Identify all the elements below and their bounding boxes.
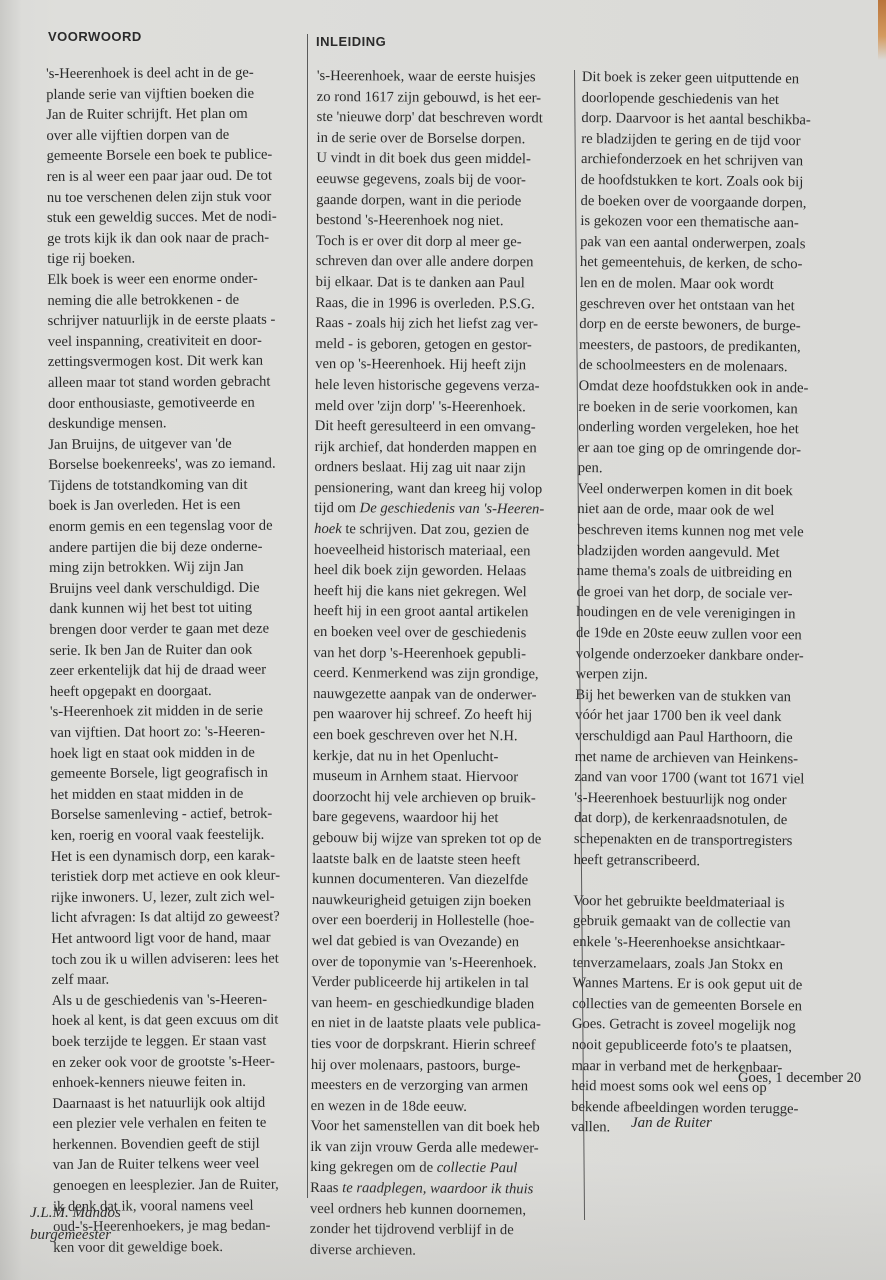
text-line: veel inspanning, creativiteit en door- (48, 330, 278, 352)
text-line: Voor het gebruikte beeldmateriaal is (573, 891, 803, 914)
text-line: door enthousiaste, gemotiveerde en (48, 392, 278, 414)
text-line: teristiek dorp met actieve en ook kleur- (51, 866, 281, 888)
text-line: de hoofdstukken te kort. Zoals ook bij (581, 170, 811, 193)
text-line: laatste balk en de laatste steen heeft (312, 849, 542, 871)
text-line: ties voor de dorpskrant. Hierin schreef (311, 1034, 541, 1056)
text-line: de boeken over de voorgaande dorpen, (580, 191, 810, 214)
inleiding-text: 's-Heerenhoek, waar de eerste huisjeszo … (310, 66, 547, 1262)
text-line: rijke inwoners. U, lezer, zult zich wel- (51, 886, 281, 908)
text-line: niet aan de orde, maar ook de wel (577, 499, 807, 522)
text-line: 's-Heerenhoek bestuurlijk nog onder (574, 788, 804, 811)
text-line: meesters, de pastoors, de predikanten, (579, 335, 809, 358)
text-line: Daarnaast is het natuurlijk ook altijd (52, 1092, 282, 1114)
text-line: Raas, die in 1996 is overleden. P.S.G. (315, 293, 545, 315)
text-line: Dit boek is zeker geen uitputtende en (582, 67, 812, 90)
text-line: van vijftien. Dat hoort zo: 's-Heeren- (50, 722, 280, 744)
text-line: gebruik gemaakt van de collectie van (573, 911, 803, 934)
text-line: hoeveelheid historisch materiaal, een (314, 540, 544, 562)
text-line: hele leven historische gegevens verza- (315, 375, 545, 397)
text-line: de 19de en 20ste eeuw zullen voor een (576, 623, 806, 646)
text-line: ven op 's-Heerenhoek. Hij heeft zijn (315, 354, 545, 376)
text-line: een boek geschreven over het N.H. (313, 725, 543, 747)
text-line: Bruijns veel dank verschuldigd. Die (49, 577, 279, 599)
text-line: 's-Heerenhoek zit midden in de serie (50, 701, 280, 723)
text-line: andere partijen die bij deze onderne- (49, 536, 279, 558)
text-line: re boeken in de serie voorkomen, kan (578, 396, 808, 419)
text-line: is gekozen voor een thematische aan- (580, 211, 810, 234)
text-line: Als u de geschiedenis van 's-Heeren- (52, 989, 282, 1011)
text-line: hoek al kent, is dat geen excuus om dit (52, 1010, 282, 1032)
text-line: Jan Bruijns, de uitgever van 'de (48, 433, 278, 455)
text-line: houdingen en de vele verenigingen in (576, 602, 806, 625)
text-line: zelf maar. (52, 969, 282, 991)
text-line: hoek ligt en staat ook midden in de (50, 742, 280, 764)
text-line: deskundige mensen. (48, 413, 278, 435)
text-line: ik van zijn vrouw Gerda alle medewer- (310, 1137, 540, 1159)
text-line: zettingsvermogen kost. Dit werk kan (48, 351, 278, 373)
text-line: Het is een dynamisch dorp, een karak- (51, 845, 281, 867)
text-line: dorp. Daarvoor is het aantal beschikba- (581, 108, 811, 131)
text-line: stuk een geweldig succes. Met de nodi- (47, 207, 277, 229)
voorwoord-heading: VOORWOORD (48, 29, 142, 44)
text-line: werpen zijn. (576, 664, 806, 687)
text-line: tenverzamelaars, zoals Jan Stokx en (573, 952, 803, 975)
text-line: meld over 'zijn dorp' 's-Heerenhoek. (315, 395, 545, 417)
text-line: alleen maar tot stand worden gebracht (48, 371, 278, 393)
text-line: archiefonderzoek en het schrijven van (581, 149, 811, 172)
text-line: nu toe verschenen delen zijn stuk voor (47, 186, 277, 208)
text-line: van het dorp 's-Heerenhoek gepubli- (313, 643, 543, 665)
text-line: name thema's zoals de uitbreiding en (577, 561, 807, 584)
text-line: tijd om De geschiedenis van 's-Heeren- (314, 498, 544, 520)
text-line: pen. (578, 458, 808, 481)
text-line: pensionering, want dan kreeg hij volop (314, 478, 544, 500)
text-line: heeft getranscribeerd. (574, 850, 804, 873)
text-line: beschreven items kunnen nog met vele (577, 520, 807, 543)
text-line: museum in Arnhem staat. Hiervoor (313, 766, 543, 788)
text-line: een plezier vele verhalen en feiten te (52, 1113, 282, 1135)
text-line: toch zou ik u willen adviseren: lees het (51, 948, 281, 970)
text-line: pak van een aantal onderwerpen, zoals (580, 232, 810, 255)
text-line: Borselse samenleving - actief, betrok- (51, 804, 281, 826)
inleiding-heading: INLEIDING (316, 34, 386, 49)
text-line: Dit heeft geresulteerd in een omvang- (315, 416, 545, 438)
text-line: Jan de Ruiter schrijft. Het plan om (46, 104, 276, 126)
text-line: U vindt in dit boek dus geen middel- (316, 148, 546, 170)
text-line: boek is Jan overleden. Het is een (49, 495, 279, 517)
text-line: heeft hij die kans niet gekregen. Wel (314, 581, 544, 603)
text-line: heel dik boek zijn geworden. Helaas (314, 560, 544, 582)
text-line: wel dat gebied is van Ovezande) en (312, 931, 542, 953)
text-line: plande serie van vijftien boeken die (46, 83, 276, 105)
text-line: bare gegevens, waardoor hij het (312, 807, 542, 829)
text-line: en niet in de laatste plaats vele public… (311, 1013, 541, 1035)
text-line: er aan toe ging op de omringende dor- (578, 438, 808, 461)
text-line: Veel onderwerpen komen in dit boek (577, 479, 807, 502)
text-line: Bij het bewerken van de stukken van (575, 685, 805, 708)
text-line: volgende onderzoeker dankbare onder- (576, 644, 806, 667)
text-line: hoek te schrijven. Dat zou, gezien de (314, 519, 544, 541)
text-line: de groei van het dorp, de sociale ver- (576, 582, 806, 605)
text-line: de schoolmeesters en de molenaars. (579, 355, 809, 378)
voorwoord-text: 's-Heerenhoek is deel acht in de ge-plan… (46, 63, 283, 1259)
text-line: verschuldigd aan Paul Harthoorn, die (575, 726, 805, 749)
text-line: zand van voor 1700 (want tot 1671 viel (574, 767, 804, 790)
text-line: kerkje, dat nu in het Openlucht- (313, 746, 543, 768)
text-line: Goes. Getracht is zoveel mogelijk nog (572, 1014, 802, 1037)
text-line: Toch is er over dit dorp al meer ge- (316, 231, 546, 253)
text-line: ming zijn betrokken. Wij zijn Jan (49, 557, 279, 579)
text-line: eeuwse gegevens, zoals bij de voor- (316, 169, 546, 191)
text-line: bladzijden worden aangevuld. Met (577, 541, 807, 564)
text-line: ren is al weer een paar jaar oud. De tot (47, 166, 277, 188)
text-line: over de toponymie van 's-Heerenhoek. (311, 952, 541, 974)
text-line: dat dorp), de kerkenraadsnotulen, de (574, 808, 804, 831)
text-line: herkennen. Bovendien geeft de stijl (53, 1133, 283, 1155)
text-line: enorm gemis en een tegenslag voor de (49, 516, 279, 538)
text-line: onderling worden vergeleken, hoe het (578, 417, 808, 440)
page-shadow (0, 1160, 886, 1280)
text-line: zeer erkentelijk dat hij de draad weer (50, 660, 280, 682)
text-line: heeft opgepakt en doorgaat. (50, 680, 280, 702)
text-line: Raas - zoals hij zich het liefst zag ver… (315, 313, 545, 335)
text-line: ste 'nieuwe dorp' dat beschreven wordt (317, 107, 547, 129)
text-line: nauwgezette aanpak van de onderwer- (313, 684, 543, 706)
text-line: Verder publiceerde hij artikelen in tal (311, 972, 541, 994)
text-line: pen waarover hij schreef. Zo heeft hij (313, 704, 543, 726)
text-line: en wezen in de 18de eeuw. (311, 1096, 541, 1118)
text-line: zo rond 1617 zijn gebouwd, is het eer- (317, 87, 547, 109)
text-line: over alle vijftien dorpen van de (46, 124, 276, 146)
text-line (573, 870, 803, 893)
text-line: rijk archief, dat honderden mappen en (315, 437, 545, 459)
text-line: 's-Heerenhoek, waar de eerste huisjes (317, 66, 547, 88)
text-line: Omdat deze hoofdstukken ook in ande- (579, 376, 809, 399)
text-line: re bladzijden te gering en de tijd voor (581, 129, 811, 152)
text-line: len en de molen. Maar ook wordt (580, 273, 810, 296)
text-line: het gemeentehuis, de kerken, de scho- (580, 252, 810, 275)
text-line: met name de archieven van Heinkens- (575, 747, 805, 770)
text-line: van heem- en geschiedkundige bladen (311, 993, 541, 1015)
text-line: kunnen documenteren. Van diezelfde (312, 869, 542, 891)
text-line: gemeente Borsele, ligt geografisch in (50, 763, 280, 785)
text-line: meesters en de verzorging van armen (311, 1075, 541, 1097)
text-line: Voor het samenstellen van dit boek heb (310, 1116, 540, 1138)
text-line: vóór het jaar 1700 ben ik veel dank (575, 705, 805, 728)
text-line: Tijdens de totstandkoming van dit (49, 474, 279, 496)
text-line: over een boerderij in Hollestelle (hoe- (312, 910, 542, 932)
text-line: het midden en staat midden in de (50, 783, 280, 805)
text-line: nooit gepubliceerde foto's te plaatsen, (572, 1035, 802, 1058)
text-line: gebouw bij wijze van spreken tot op de (312, 828, 542, 850)
text-line: gemeente Borsele een boek te publice- (47, 145, 277, 167)
text-line: licht afvragen: Is dat altijd zo geweest… (51, 907, 281, 929)
text-line: Borselse boekenreeks', was zo iemand. (48, 454, 278, 476)
text-line: Het antwoord ligt voor de hand, maar (51, 928, 281, 950)
text-line: schreven dan over alle andere dorpen (316, 251, 546, 273)
text-line: en zeker ook voor de grootste 's-Heer- (52, 1051, 282, 1073)
text-line: Wannes Martens. Er is ook geput uit de (572, 973, 802, 996)
text-line: dorp en de eerste bewoners, de burge- (579, 314, 809, 337)
text-line: schrijver natuurlijk in de eerste plaats… (48, 310, 278, 332)
text-line: meld - is geboren, getogen en gestor- (315, 334, 545, 356)
text-line: brengen door verder te gaan met deze (49, 619, 279, 641)
text-line: dank kunnen wij het best tot uiting (49, 598, 279, 620)
text-line: nauwkeurigheid getuigen zijn boeken (312, 890, 542, 912)
text-line: 's-Heerenhoek is deel acht in de ge- (46, 63, 276, 85)
text-line: Elk boek is weer een enorme onder- (47, 269, 277, 291)
text-line: geschreven over het ontstaan van het (579, 294, 809, 317)
column3-text: Dit boek is zeker geen uitputtende endoo… (571, 67, 812, 1140)
text-line: doorlopende geschiedenis van het (582, 88, 812, 111)
text-line: bestond 's-Heerenhoek nog niet. (316, 210, 546, 232)
text-line: boek terzijde te leggen. Er staan vast (52, 1030, 282, 1052)
text-line: ken, roerig en vooral vaak feestelijk. (51, 825, 281, 847)
text-line: heeft hij in een groot aantal artikelen (314, 601, 544, 623)
text-line: bij elkaar. Dat is te danken aan Paul (316, 272, 546, 294)
text-line: ge trots kijk ik dan ook naar de prach- (47, 227, 277, 249)
text-line: tige rij boeken. (47, 248, 277, 270)
text-line: gaande dorpen, want in die periode (316, 190, 546, 212)
text-line: ordners beslaat. Hij zag uit naar zijn (314, 457, 544, 479)
text-line: neming die alle betrokkenen - de (47, 289, 277, 311)
column-divider-left (307, 34, 308, 1198)
text-line: enhoek-kenners nieuwe feiten in. (52, 1072, 282, 1094)
text-line: serie. Ik ben Jan de Ruiter dan ook (50, 639, 280, 661)
text-line: collecties van de gemeenten Borsele en (572, 994, 802, 1017)
text-line: in de serie over de Borselse dorpen. (316, 128, 546, 150)
text-line: doorzocht hij vele archieven op bruik- (312, 787, 542, 809)
text-line: hij over molenaars, pastoors, burge- (311, 1054, 541, 1076)
text-line: schepenakten en de transportregisters (574, 829, 804, 852)
table-edge (878, 0, 886, 60)
book-page: VOORWOORD 's-Heerenhoek is deel acht in … (0, 0, 886, 1280)
date-line: Goes, 1 december 20 (738, 1070, 861, 1087)
text-line: enkele 's-Heerenhoekse ansichtkaar- (573, 932, 803, 955)
text-line: ceerd. Kenmerkend was zijn grondige, (313, 663, 543, 685)
text-line: en boeken veel over de geschiedenis (313, 622, 543, 644)
column3-signature-name: Jan de Ruiter (631, 1112, 712, 1134)
